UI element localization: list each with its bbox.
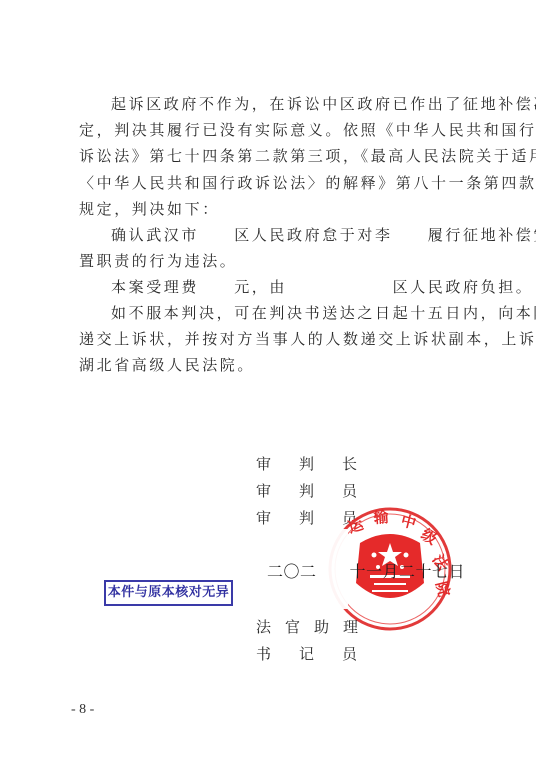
sig-char: 判 bbox=[299, 454, 342, 474]
body-line-5: 规定，判决如下： bbox=[79, 199, 220, 219]
svg-text:院: 院 bbox=[432, 580, 453, 599]
sig-char: 员 bbox=[342, 481, 357, 501]
body-line-1: 起诉区政府不作为，在诉讼中区政府已作出了征地补偿决 bbox=[111, 94, 536, 114]
judgment-date: 二〇二 十一月二十七日 bbox=[267, 562, 465, 582]
svg-text:中: 中 bbox=[399, 511, 418, 532]
presiding-judge-row: 审 判 长 bbox=[256, 454, 357, 474]
ruling-line-1: 确认武汉市 区人民政府怠于对李 履行征地补偿安 bbox=[111, 225, 536, 245]
sig-char: 长 bbox=[342, 454, 357, 474]
svg-text:级: 级 bbox=[418, 525, 440, 548]
sig-char: 书 bbox=[256, 644, 299, 664]
appeal-line-3: 湖北省高级人民法院。 bbox=[79, 355, 255, 375]
ruling-line-2: 置职责的行为违法。 bbox=[79, 251, 237, 271]
judge-row-1: 审 判 员 bbox=[256, 481, 357, 501]
sig-char: 审 bbox=[256, 454, 299, 474]
sig-char: 助 bbox=[314, 617, 343, 637]
body-line-2: 定，判决其履行已没有实际意义。依照《中华人民共和国行政 bbox=[79, 120, 536, 140]
fee-line: 本案受理费 元，由 区人民政府负担。 bbox=[111, 277, 533, 297]
svg-text:运: 运 bbox=[346, 515, 367, 537]
body-line-4: 〈中华人民共和国行政诉讼法〉的解释》第八十一条第四款之 bbox=[79, 173, 536, 193]
appeal-line-2: 递交上诉状，并按对方当事人的人数递交上诉状副本，上诉于 bbox=[79, 329, 536, 349]
sig-char: 官 bbox=[285, 617, 314, 637]
appeal-line-1: 如不服本判决，可在判决书送达之日起十五日内，向本院 bbox=[111, 303, 536, 323]
sig-char: 员 bbox=[342, 644, 357, 664]
verification-stamp: 本件与原本核对无异 bbox=[104, 580, 233, 606]
page-number: - 8 - bbox=[71, 701, 94, 719]
judge-assistant-row: 法 官 助 理 bbox=[256, 617, 358, 637]
sig-char: 审 bbox=[256, 508, 299, 528]
sig-char: 判 bbox=[299, 481, 342, 501]
sig-char: 审 bbox=[256, 481, 299, 501]
document-page: 起诉区政府不作为，在诉讼中区政府已作出了征地补偿决 定，判决其履行已没有实际意义… bbox=[0, 0, 536, 757]
sig-char: 理 bbox=[343, 617, 358, 637]
sig-char: 记 bbox=[299, 644, 342, 664]
sig-char: 法 bbox=[256, 617, 285, 637]
body-line-3: 诉讼法》第七十四条第二款第三项，《最高人民法院关于适用 bbox=[79, 146, 536, 166]
clerk-row: 书 记 员 bbox=[256, 644, 357, 664]
svg-text:输: 输 bbox=[372, 508, 389, 527]
